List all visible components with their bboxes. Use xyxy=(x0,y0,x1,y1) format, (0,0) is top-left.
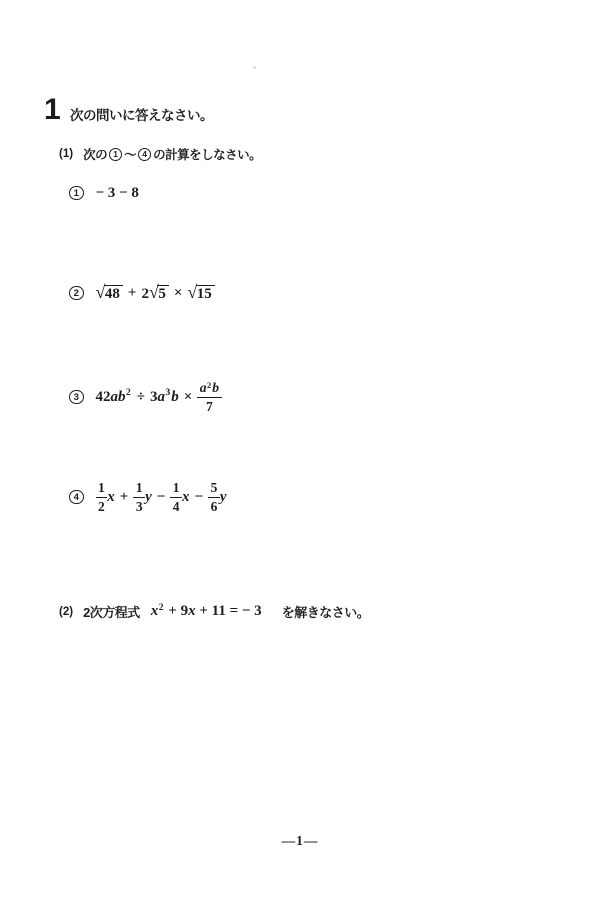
variable: a xyxy=(200,380,207,395)
sqrt-radical: √5 xyxy=(149,283,169,303)
fraction: 56 xyxy=(208,481,220,514)
numerator: 1 xyxy=(133,481,145,497)
calc-item-2: 2 √48 + 2√5 × √15 xyxy=(69,281,215,305)
term: 2√5 xyxy=(141,283,168,303)
denominator: 3 xyxy=(133,497,145,514)
operator: − xyxy=(157,489,166,506)
coefficient: 2 xyxy=(141,286,149,302)
part-1-instruction: 次の 1 ～ 4 の計算をしなさい。 xyxy=(83,145,261,163)
term: x2 + 9x + 11 = − 3 xyxy=(151,603,262,620)
calc-item-1: 1 − 3 − 8 xyxy=(69,184,139,202)
denominator: 7 xyxy=(197,397,221,414)
instruction-text: の計算をしなさい。 xyxy=(153,145,261,163)
expression-4: 12 x + 13 y − 14 x − 56 y xyxy=(96,481,227,514)
fraction: 14 xyxy=(170,481,182,514)
sqrt-radical: √48 xyxy=(96,283,123,303)
item-1-marker-circled-icon: 1 xyxy=(69,186,84,201)
exponent: 2 xyxy=(159,603,164,613)
problem-1-instruction: 次の問いに答えなさい。 xyxy=(70,104,213,124)
page-number: —1— xyxy=(0,833,600,849)
denominator: 4 xyxy=(170,497,182,514)
variable: b xyxy=(171,389,179,405)
part-1-row: (1) 次の 1 ～ 4 の計算をしなさい。 xyxy=(59,145,261,163)
part-2-equation: x2 + 9x + 11 = − 3 xyxy=(151,603,262,620)
term: √48 xyxy=(96,283,123,303)
variable: y xyxy=(145,489,152,506)
problem-1-number: 1 xyxy=(44,95,61,125)
variable: x xyxy=(188,603,196,619)
radicand: 5 xyxy=(157,285,169,303)
variable: a xyxy=(157,389,165,405)
operator: + xyxy=(120,489,129,506)
exponent: 2 xyxy=(207,380,211,390)
term: 42ab2 xyxy=(96,389,132,406)
item-2-marker-circled-icon: 2 xyxy=(69,286,84,301)
operator: × xyxy=(184,389,193,406)
item-3-marker-circled-icon: 3 xyxy=(69,390,84,405)
instruction-text: 次の xyxy=(83,145,107,163)
circled-1-icon: 1 xyxy=(109,148,122,161)
variable: x xyxy=(151,603,159,619)
fraction: 12 xyxy=(96,481,108,514)
denominator: 6 xyxy=(208,497,220,514)
variable: b xyxy=(212,380,219,395)
part-1-label: (1) xyxy=(59,148,73,160)
part-2-lead-text: 2次方程式 xyxy=(83,602,140,621)
numerator: a2b xyxy=(197,381,221,397)
part-2-row: (2) 2次方程式 x2 + 9x + 11 = − 3 を解きなさい。 xyxy=(59,599,369,624)
sqrt-radical: √15 xyxy=(187,283,214,303)
equation-text: + 9 xyxy=(165,603,189,619)
equation-text: + 11 = − 3 xyxy=(196,603,262,619)
variable: ab xyxy=(111,389,126,405)
operator: + xyxy=(128,285,137,302)
exponent: 2 xyxy=(126,388,131,398)
term: 3a3b xyxy=(150,389,179,406)
expression-2: √48 + 2√5 × √15 xyxy=(96,283,215,303)
expression-3: 42ab2 ÷ 3a3b × a2b 7 xyxy=(96,381,222,414)
denominator: 2 xyxy=(96,497,108,514)
variable: x xyxy=(107,489,115,506)
operator: − xyxy=(195,489,204,506)
operator: × xyxy=(174,285,183,302)
coefficient: 42 xyxy=(96,389,111,405)
operator: ÷ xyxy=(137,389,145,406)
item-4-marker-circled-icon: 4 xyxy=(69,490,84,505)
numerator: 1 xyxy=(96,481,108,497)
numerator: 5 xyxy=(208,481,220,497)
variable: x xyxy=(182,489,190,506)
term: − 3 − 8 xyxy=(96,185,139,202)
calc-item-3: 3 42ab2 ÷ 3a3b × a2b 7 xyxy=(69,379,222,415)
variable: y xyxy=(220,489,227,506)
scan-speckle xyxy=(253,66,256,69)
radicand: 48 xyxy=(104,285,123,303)
instruction-text: ～ xyxy=(124,145,136,163)
part-2-tail-text: を解きなさい。 xyxy=(282,602,370,621)
radicand: 15 xyxy=(196,285,215,303)
term: √15 xyxy=(187,283,214,303)
worksheet-page: 1 次の問いに答えなさい。 (1) 次の 1 ～ 4 の計算をしなさい。 1 −… xyxy=(0,0,600,900)
numerator: 1 xyxy=(170,481,182,497)
expression-1: − 3 − 8 xyxy=(96,185,139,202)
circled-4-icon: 4 xyxy=(138,148,151,161)
calc-item-4: 4 12 x + 13 y − 14 x − 56 y xyxy=(69,479,227,515)
fraction: 13 xyxy=(133,481,145,514)
part-2-label: (2) xyxy=(59,606,73,618)
exponent: 3 xyxy=(165,388,170,398)
fraction: a2b 7 xyxy=(197,381,221,414)
